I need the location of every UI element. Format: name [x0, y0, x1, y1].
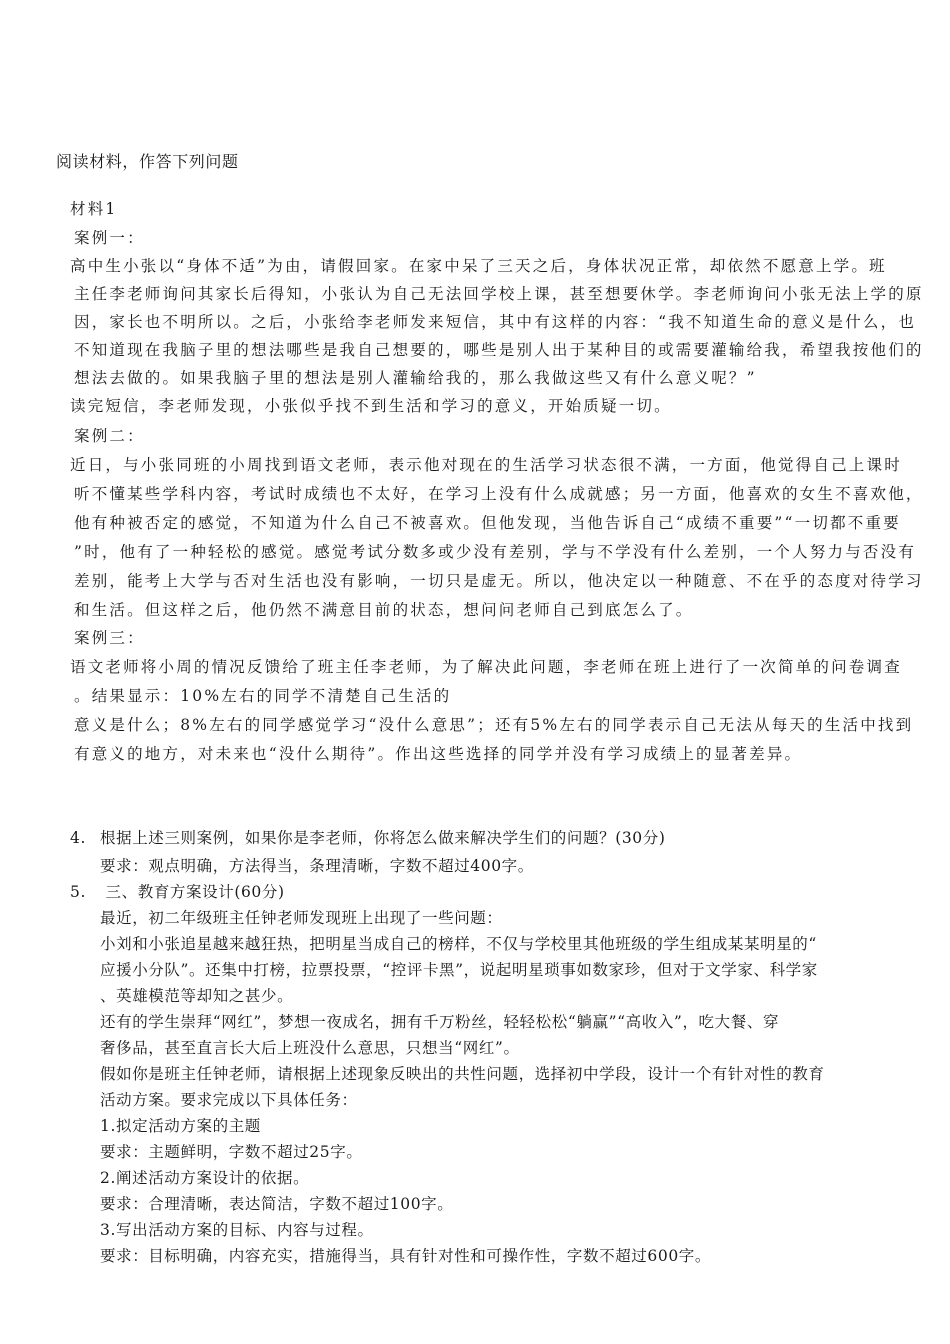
question-5-line: 奢侈品，甚至直言长大后上班没什么意思，只想当“网红”。 [100, 1038, 520, 1058]
case-1-line: 想法去做的。如果我脑子里的想法是别人灌输给我的，那么我做这些又有什么意义呢？” [74, 368, 757, 388]
case-3-line: 。结果显示：10%左右的同学不清楚自己生活的 [74, 686, 451, 706]
task-1-title: 1.拟定活动方案的主题 [100, 1116, 261, 1136]
question-5-line: 应援小分队”。还集中打榜，拉票投票，“控评卡黑”，说起明星琐事如数家珍，但对于文… [100, 960, 818, 980]
document-page: 阅读材料，作答下列问题 材料1 案例一： 高中生小张以“身体不适”为由，请假回家… [0, 0, 950, 1344]
question-number: 5. [70, 882, 100, 902]
page-title: 阅读材料，作答下列问题 [56, 152, 239, 172]
question-5-line: 小刘和小张追星越来越狂热，把明星当成自己的榜样，不仅与学校里其他班级的学生组成某… [100, 934, 817, 954]
case-2-line: 听不懂某些学科内容，考试时成绩也不太好，在学习上没有什么成就感；另一方面，他喜欢… [74, 484, 924, 504]
case-3-heading: 案例三： [74, 628, 145, 648]
case-3-line: 语文老师将小周的情况反馈给了班主任李老师，为了解决此问题，李老师在班上进行了一次… [70, 657, 902, 677]
question-4-requirement: 要求：观点明确，方法得当，条理清晰，字数不超过400字。 [100, 856, 534, 876]
task-1-requirement: 要求：主题鲜明，字数不超过25字。 [100, 1142, 362, 1162]
question-5: 5. 三、教育方案设计(60分) [70, 882, 285, 902]
case-1-line: 因，家长也不明所以。之后，小张给李老师发来短信，其中有这样的内容：“我不知道生命… [74, 312, 916, 332]
question-5-line: 还有的学生崇拜“网红”，梦想一夜成名，拥有千万粉丝，轻轻松松“躺赢”“高收入”，… [100, 1012, 779, 1032]
case-2-line: 和生活。但这样之后，他仍然不满意目前的状态，想问问老师自己到底怎么了。 [74, 600, 694, 620]
question-4: 4.根据上述三则案例，如果你是李老师，你将怎么做来解决学生们的问题？(30分) [70, 828, 666, 848]
task-2-requirement: 要求：合理清晰，表达简洁，字数不超过100字。 [100, 1194, 453, 1214]
case-1-line: 不知道现在我脑子里的想法哪些是我自己想要的，哪些是别人出于某种目的或需要灌输给我… [74, 340, 924, 360]
case-2-heading: 案例二： [74, 426, 145, 446]
case-3-line: 意义是什么；8%左右的同学感觉学习“没什么意思”；还有5%左右的同学表示自己无法… [74, 715, 913, 735]
case-1-line: 主任李老师询问其家长后得知，小张认为自己无法回学校上课，甚至想要休学。李老师询问… [74, 284, 924, 304]
case-1-line: 读完短信，李老师发现，小张似乎找不到生活和学习的意义，开始质疑一切。 [70, 396, 672, 416]
material-label: 材料1 [70, 199, 117, 219]
case-2-line: ”时，他有了一种轻松的感觉。感觉考试分数多或少没有差别，学与不学没有什么差别，一… [74, 542, 916, 562]
question-5-line: 活动方案。要求完成以下具体任务： [100, 1090, 358, 1110]
question-number: 4. [70, 828, 100, 848]
task-2-title: 2.阐述活动方案设计的依据。 [100, 1168, 309, 1188]
case-2-line: 他有种被否定的感觉，不知道为什么自己不被喜欢。但他发现，当他告诉自己“成绩不重要… [74, 513, 901, 533]
question-text: 三、教育方案设计(60分) [100, 883, 285, 901]
task-3-requirement: 要求：目标明确，内容充实，措施得当，具有针对性和可操作性，字数不超过600字。 [100, 1246, 711, 1266]
case-1-heading: 案例一： [74, 228, 145, 248]
question-5-line: 最近，初二年级班主任钟老师发现班上出现了一些问题： [100, 908, 503, 928]
question-5-line: 、英雄模范等却知之甚少。 [100, 986, 293, 1006]
question-text: 根据上述三则案例，如果你是李老师，你将怎么做来解决学生们的问题？(30分) [100, 829, 666, 847]
case-2-line: 差别，能考上大学与否对生活也没有影响，一切只是虚无。所以，他决定以一种随意、不在… [74, 571, 924, 591]
question-5-line: 假如你是班主任钟老师，请根据上述现象反映出的共性问题，选择初中学段，设计一个有针… [100, 1064, 825, 1084]
case-1-line: 高中生小张以“身体不适”为由，请假回家。在家中呆了三天之后，身体状况正常，却依然… [70, 256, 887, 276]
case-2-line: 近日，与小张同班的小周找到语文老师，表示他对现在的生活学习状态很不满，一方面，他… [70, 455, 902, 475]
case-3-line: 有意义的地方，对未来也“没什么期待”。作出这些选择的同学并没有学习成绩上的显著差… [74, 744, 802, 764]
task-3-title: 3.写出活动方案的目标、内容与过程。 [100, 1220, 374, 1240]
